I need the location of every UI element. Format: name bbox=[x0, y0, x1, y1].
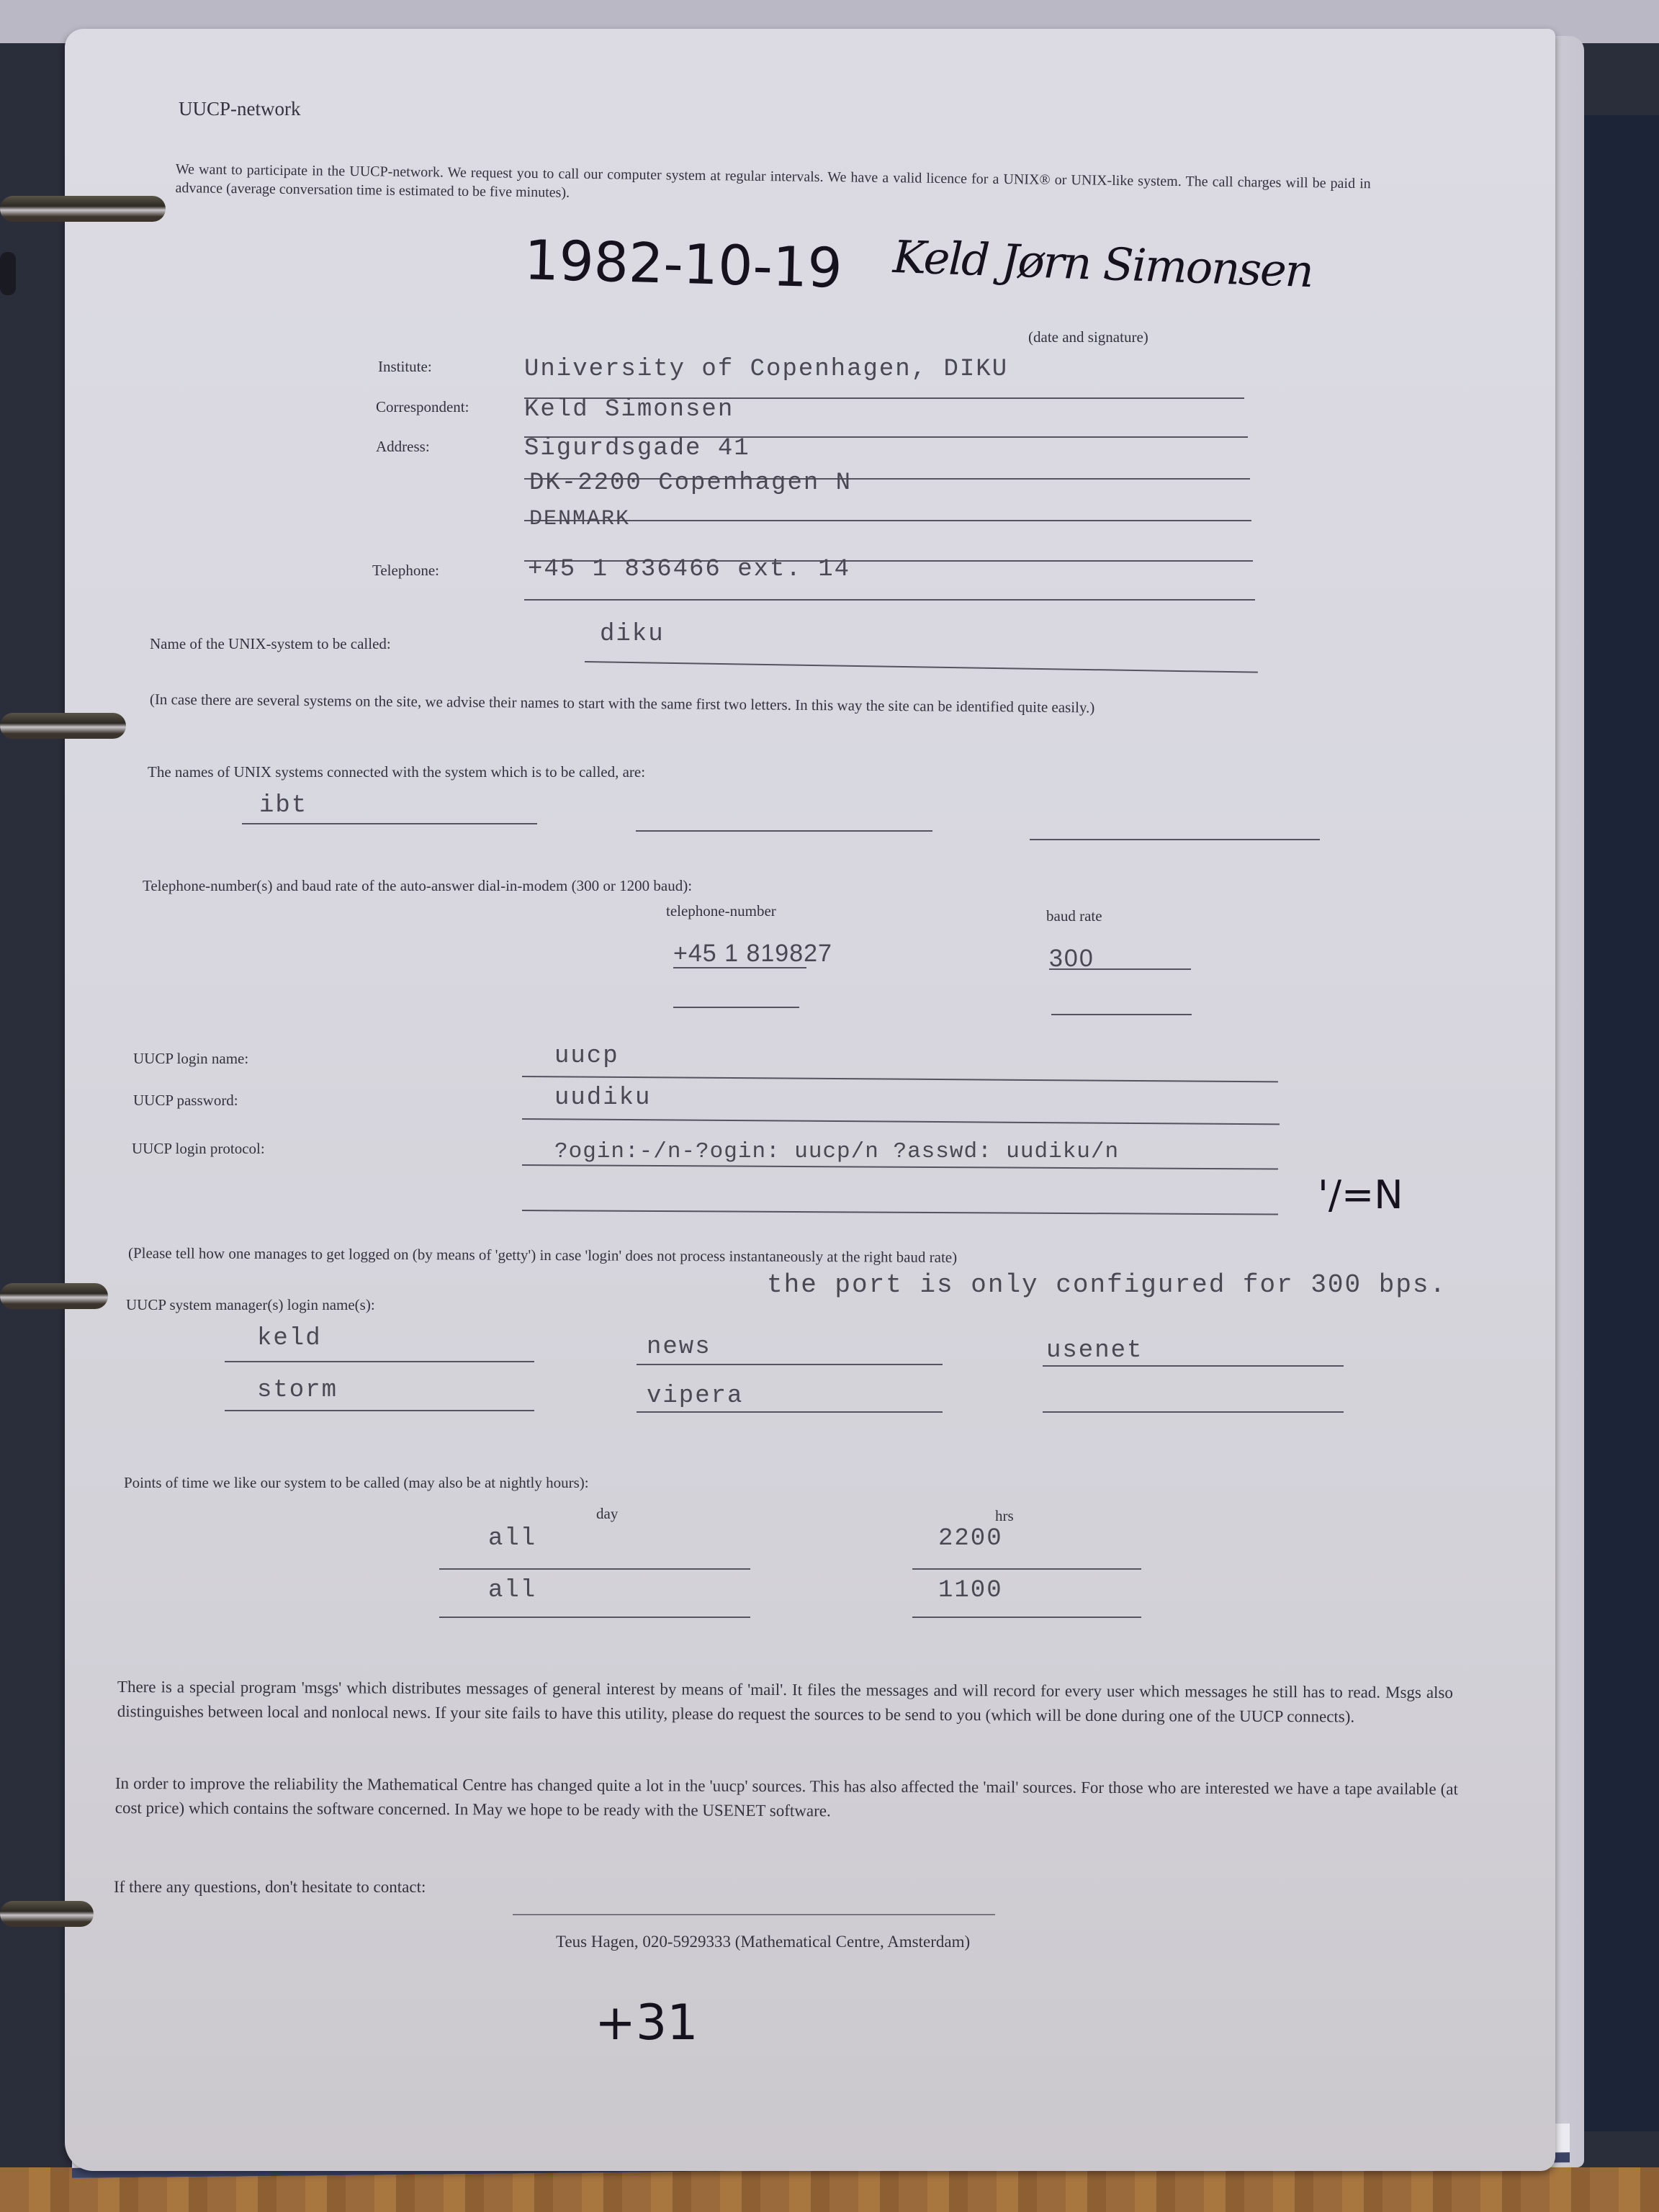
call-hrs-1[interactable]: 2200 bbox=[938, 1525, 1003, 1552]
manager-name-2[interactable]: news bbox=[647, 1334, 711, 1361]
call-day-1[interactable]: all bbox=[488, 1525, 536, 1552]
field-underline bbox=[912, 1617, 1141, 1618]
connected-systems-label: The names of UNIX systems connected with… bbox=[148, 763, 645, 781]
manager-name-1[interactable]: keld bbox=[257, 1325, 322, 1352]
address-line-1[interactable]: Sigurdsgade 41 bbox=[524, 435, 750, 462]
login-name-value[interactable]: uucp bbox=[554, 1043, 619, 1070]
call-times-col-hrs: hrs bbox=[995, 1507, 1014, 1525]
handwritten-date: 1982-10-19 bbox=[523, 228, 843, 300]
login-name-label: UUCP login name: bbox=[133, 1050, 248, 1068]
field-underline bbox=[1049, 968, 1191, 970]
password-value[interactable]: uudiku bbox=[554, 1084, 651, 1112]
field-underline bbox=[637, 1364, 943, 1365]
call-times-label: Points of time we like our system to be … bbox=[124, 1474, 589, 1492]
address-line-2[interactable]: DK-2200 Copenhagen N bbox=[529, 469, 852, 497]
system-name-value[interactable]: diku bbox=[600, 621, 665, 648]
call-day-2[interactable]: all bbox=[488, 1577, 536, 1604]
questions-text: If there any questions, don't hesitate t… bbox=[114, 1878, 426, 1897]
modem-baud-2[interactable] bbox=[1051, 1014, 1192, 1015]
manager-name-5[interactable]: vipera bbox=[647, 1382, 743, 1410]
managers-label: UUCP system manager(s) login name(s): bbox=[126, 1296, 375, 1314]
binder-ring bbox=[0, 1283, 108, 1309]
manager-name-4[interactable]: storm bbox=[257, 1377, 338, 1404]
msgs-paragraph: There is a special program 'msgs' which … bbox=[117, 1675, 1453, 1730]
modem-label: Telephone-number(s) and baud rate of the… bbox=[143, 877, 692, 895]
reliability-paragraph: In order to improve the reliability the … bbox=[115, 1771, 1458, 1826]
modem-col-baud: baud rate bbox=[1046, 907, 1102, 925]
field-underline bbox=[225, 1361, 534, 1362]
binder-ring bbox=[0, 196, 166, 222]
field-underline bbox=[524, 599, 1255, 601]
call-hrs-2[interactable]: 1100 bbox=[938, 1577, 1003, 1604]
binder-ring bbox=[0, 713, 126, 739]
signature-caption: (date and signature) bbox=[1028, 328, 1148, 346]
field-underline bbox=[912, 1568, 1141, 1570]
address-label: Address: bbox=[376, 438, 430, 456]
field-underline bbox=[225, 1410, 534, 1411]
modem-phone-1[interactable]: +45 1 819827 bbox=[673, 940, 832, 968]
telephone-label: Telephone: bbox=[372, 562, 439, 580]
telephone-value[interactable]: +45 1 836466 ext. 14 bbox=[528, 556, 850, 583]
modem-col-phone: telephone-number bbox=[666, 902, 776, 920]
correspondent-label: Correspondent: bbox=[376, 398, 469, 416]
protocol-value[interactable]: ?ogin:-/n-?ogin: uucp/n ?asswd: uudiku/n bbox=[554, 1139, 1119, 1164]
connected-system-line[interactable] bbox=[636, 830, 932, 832]
correspondent-value[interactable]: Keld Simonsen bbox=[524, 396, 734, 423]
field-underline bbox=[524, 520, 1251, 521]
connected-system-line bbox=[242, 823, 537, 824]
field-underline bbox=[439, 1568, 750, 1570]
field-underline bbox=[1043, 1365, 1344, 1367]
contact-divider bbox=[513, 1914, 995, 1915]
field-underline bbox=[637, 1411, 943, 1413]
connected-system-line[interactable] bbox=[1030, 839, 1320, 840]
manager-name-6[interactable] bbox=[1043, 1411, 1344, 1413]
field-underline bbox=[673, 967, 806, 968]
address-line-3[interactable]: DENMARK bbox=[529, 507, 630, 531]
call-times-col-day: day bbox=[596, 1505, 618, 1523]
protocol-label: UUCP login protocol: bbox=[132, 1140, 265, 1158]
contact-info: Teus Hagen, 020-5929333 (Mathematical Ce… bbox=[556, 1933, 970, 1951]
punch-hole bbox=[0, 252, 16, 295]
modem-phone-2[interactable] bbox=[673, 1007, 799, 1008]
system-name-label: Name of the UNIX-system to be called: bbox=[150, 635, 391, 653]
field-underline bbox=[439, 1617, 750, 1618]
document-title: UUCP-network bbox=[179, 98, 301, 120]
getty-answer[interactable]: the port is only configured for 300 bps. bbox=[767, 1270, 1447, 1300]
handwritten-annotation: '/=N bbox=[1318, 1172, 1403, 1218]
binder-ring bbox=[0, 1901, 94, 1927]
password-label: UUCP password: bbox=[133, 1092, 238, 1110]
form-page bbox=[65, 29, 1555, 2171]
connected-system-1[interactable]: ibt bbox=[259, 792, 307, 819]
institute-label: Institute: bbox=[378, 358, 432, 376]
institute-value[interactable]: University of Copenhagen, DIKU bbox=[524, 356, 1008, 383]
handwritten-country-code: +31 bbox=[595, 1995, 698, 2051]
manager-name-3[interactable]: usenet bbox=[1046, 1337, 1143, 1364]
